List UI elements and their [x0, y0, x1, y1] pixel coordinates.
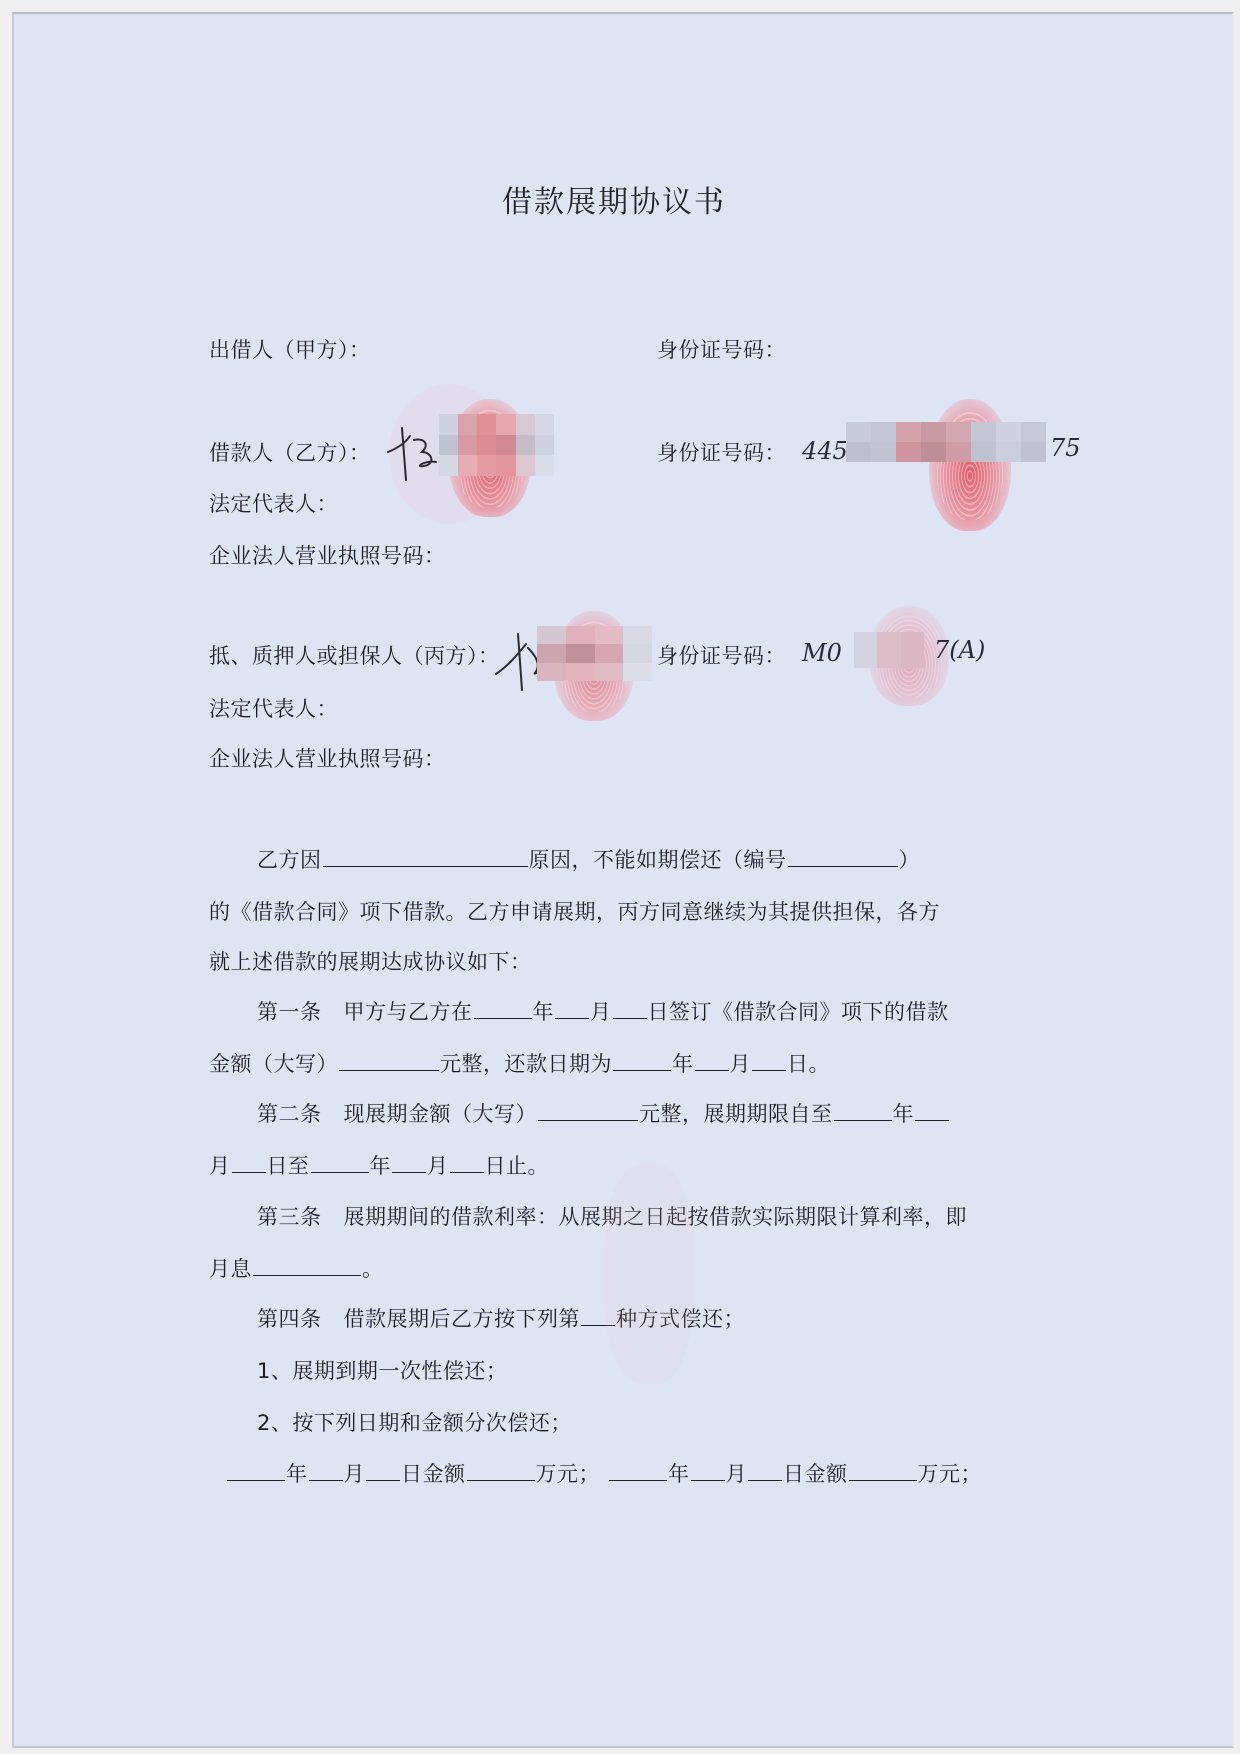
- borrower-id-prefix: 445: [802, 437, 848, 465]
- article-1-heading: 第一条: [257, 1000, 322, 1024]
- intro-line-2: 的《借款合同》项下借款。乙方申请展期，丙方同意继续为其提供担保，各方: [209, 902, 940, 923]
- due-day-blank[interactable]: [752, 1069, 786, 1071]
- installment-1-month-blank[interactable]: [309, 1479, 343, 1481]
- article-1-line-1: 第一条甲方与乙方在年月日签订《借款合同》项下的借款: [257, 1002, 949, 1023]
- document-title: 借款展期协议书: [502, 177, 726, 221]
- guarantor-id-prefix: M0: [802, 639, 842, 667]
- borrower-signature-icon: [384, 422, 444, 484]
- document-page: 借款展期协议书 出借人（甲方）： 身份证号码： 借款人（乙方）： 身份证号码： …: [12, 12, 1234, 1748]
- article-2-line-1: 第二条现展期金额（大写）元整，展期期限自至年: [257, 1104, 950, 1125]
- lender-label: 出借人（甲方）：: [209, 340, 371, 361]
- installment-1-day-blank[interactable]: [366, 1479, 400, 1481]
- redacted-guarantor-name: [537, 626, 652, 681]
- installment-2-month-blank[interactable]: [691, 1479, 725, 1481]
- guarantor-id-label: 身份证号码：: [657, 646, 786, 667]
- installment-1-amount-blank[interactable]: [467, 1479, 535, 1481]
- installment-2-year-blank[interactable]: [609, 1479, 667, 1481]
- contract-number-blank[interactable]: [788, 865, 898, 867]
- extension-amount-blank[interactable]: [538, 1119, 638, 1121]
- installment-2-day-blank[interactable]: [748, 1479, 782, 1481]
- borrower-id-label: 身份证号码：: [657, 443, 786, 464]
- guarantor-license-label: 企业法人营业执照号码：: [209, 749, 446, 770]
- article-2-line-2: 月日至年月日止。: [209, 1156, 549, 1177]
- guarantor-legal-rep-label: 法定代表人：: [209, 699, 338, 720]
- extension-end-year-blank[interactable]: [311, 1171, 369, 1173]
- article-4-heading: 第四条: [257, 1307, 322, 1331]
- extension-start-day-blank[interactable]: [232, 1171, 266, 1173]
- extension-end-day-blank[interactable]: [450, 1171, 484, 1173]
- guarantor-id-suffix: 7(A): [934, 636, 985, 664]
- loan-amount-blank[interactable]: [339, 1069, 439, 1071]
- guarantor-label: 抵、质押人或担保人（丙方）：: [209, 646, 500, 667]
- article-2-heading: 第二条: [257, 1102, 322, 1126]
- lender-id-label: 身份证号码：: [657, 340, 786, 361]
- article-3-line-2: 月息。: [209, 1259, 384, 1280]
- repayment-option-2: 2、按下列日期和金额分次偿还；: [257, 1413, 572, 1434]
- redacted-borrower-name: [439, 414, 554, 476]
- installment-2-amount-blank[interactable]: [849, 1479, 917, 1481]
- ink-bleed-stain: [604, 1164, 694, 1384]
- intro-line-1: 乙方因原因，不能如期偿还（编号）: [257, 850, 920, 871]
- extension-start-month-blank[interactable]: [915, 1119, 949, 1121]
- extension-start-year-blank[interactable]: [834, 1119, 892, 1121]
- borrower-id-suffix: 75: [1050, 434, 1081, 462]
- extension-end-month-blank[interactable]: [392, 1171, 426, 1173]
- sign-month-blank[interactable]: [555, 1017, 589, 1019]
- reason-blank[interactable]: [323, 865, 528, 867]
- article-3-heading: 第三条: [257, 1205, 322, 1229]
- installment-line: 年月日金额万元；年月日金额万元；: [226, 1464, 982, 1485]
- borrower-legal-rep-label: 法定代表人：: [209, 494, 338, 515]
- redacted-borrower-id: [846, 422, 1046, 462]
- borrower-license-label: 企业法人营业执照号码：: [209, 546, 446, 567]
- fingerprint-borrower-id: [929, 399, 1011, 531]
- borrower-label: 借款人（乙方）：: [209, 443, 371, 464]
- sign-day-blank[interactable]: [613, 1017, 647, 1019]
- monthly-interest-blank[interactable]: [253, 1274, 361, 1276]
- due-year-blank[interactable]: [613, 1069, 671, 1071]
- installment-1-year-blank[interactable]: [227, 1479, 285, 1481]
- intro-line-3: 就上述借款的展期达成协议如下：: [209, 952, 532, 973]
- sign-year-blank[interactable]: [474, 1017, 532, 1019]
- due-month-blank[interactable]: [695, 1069, 729, 1071]
- redacted-guarantor-id: [854, 632, 924, 668]
- article-1-line-2: 金额（大写）元整，还款日期为年月日。: [209, 1054, 830, 1075]
- repayment-option-1: 1、展期到期一次性偿还；: [257, 1361, 507, 1382]
